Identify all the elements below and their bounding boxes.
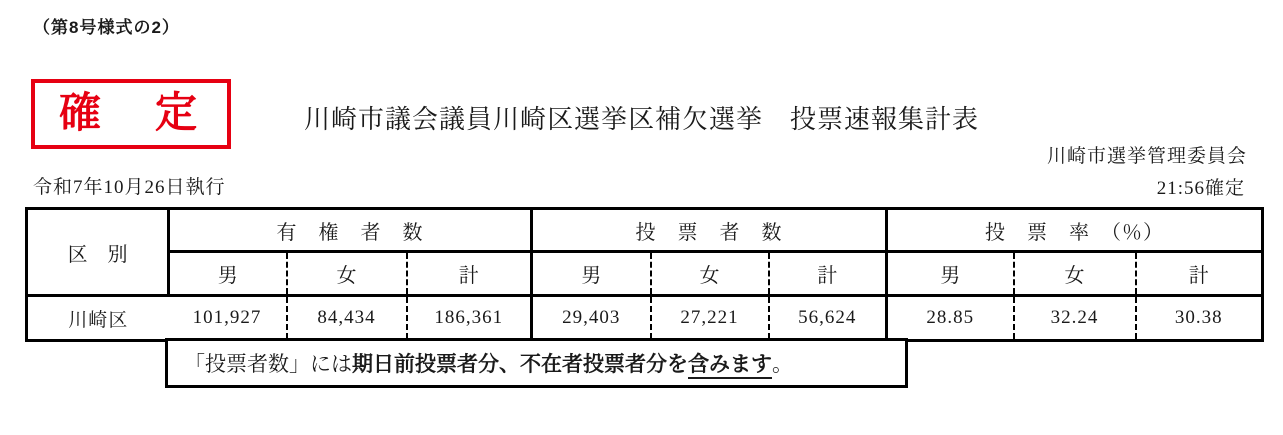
rate-total-cell: 30.38 xyxy=(1136,296,1263,341)
report-time: 21:56確定 xyxy=(1157,173,1245,200)
col-header-eligible-total: 計 xyxy=(407,252,532,296)
col-header-voters-total: 計 xyxy=(769,252,887,296)
table-sub-header-row: 男 女 計 男 女 計 男 女 計 xyxy=(27,252,1263,296)
district-name-cell: 川崎区 xyxy=(27,296,169,341)
execution-date: 令和7年10月26日執行 xyxy=(33,172,226,199)
note-box: 「投票者数」には期日前投票者分、不在者投票者分を含みます。 xyxy=(165,338,908,388)
committee-name: 川崎市選挙管理委員会 xyxy=(1047,141,1247,168)
voters-total-cell: 56,624 xyxy=(769,296,887,341)
page-title: 川崎市議会議員川崎区選挙区補欠選挙 投票速報集計表 xyxy=(0,99,1283,136)
eligible-male-cell: 101,927 xyxy=(169,296,287,341)
col-header-rate-female: 女 xyxy=(1014,252,1136,296)
note-prefix: 「投票者数」には xyxy=(184,352,352,376)
col-header-eligible-male: 男 xyxy=(169,252,287,296)
col-header-rate-total: 計 xyxy=(1136,252,1263,296)
group-header-eligible-voters: 有 権 者 数 xyxy=(169,209,532,252)
col-header-eligible-female: 女 xyxy=(287,252,407,296)
row-header-kubetsu: 区 別 xyxy=(27,209,169,296)
table-group-header-row: 区 別 有 権 者 数 投 票 者 数 投 票 率 （％） xyxy=(27,209,1263,252)
col-header-voters-female: 女 xyxy=(651,252,769,296)
page-container: （第8号様式の2） 確 定 川崎市議会議員川崎区選挙区補欠選挙 投票速報集計表 … xyxy=(0,0,1283,435)
note-bold-text: 期日前投票者分、不在者投票者分を xyxy=(352,353,688,376)
note-underlined-text: 含みます xyxy=(688,353,772,379)
col-header-rate-male: 男 xyxy=(887,252,1014,296)
results-table: 区 別 有 権 者 数 投 票 者 数 投 票 率 （％） 男 女 計 男 女 … xyxy=(25,207,1264,342)
eligible-total-cell: 186,361 xyxy=(407,296,532,341)
rate-male-cell: 28.85 xyxy=(887,296,1014,341)
note-text: 「投票者数」には期日前投票者分、不在者投票者分を含みます。 xyxy=(184,348,793,378)
voters-female-cell: 27,221 xyxy=(651,296,769,341)
rate-female-cell: 32.24 xyxy=(1014,296,1136,341)
col-header-voters-male: 男 xyxy=(532,252,651,296)
table-row-kawasaki-ku: 川崎区 101,927 84,434 186,361 29,403 27,221… xyxy=(27,296,1263,341)
voters-male-cell: 29,403 xyxy=(532,296,651,341)
note-suffix: 。 xyxy=(772,352,793,376)
eligible-female-cell: 84,434 xyxy=(287,296,407,341)
form-number: （第8号様式の2） xyxy=(33,13,180,38)
group-header-voters: 投 票 者 数 xyxy=(532,209,887,252)
group-header-turnout-rate: 投 票 率 （％） xyxy=(887,209,1263,252)
